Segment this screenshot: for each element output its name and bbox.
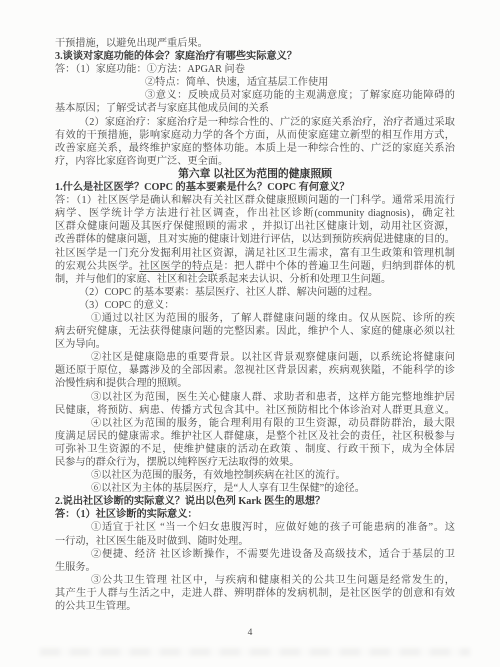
text-line: 的公共卫生管理。: [55, 600, 455, 613]
text-line: ③意义：反映成员对家庭功能的主观满意度；了解家庭功能障碍的: [55, 89, 455, 102]
text-line: 改善家庭关系，最终维护家庭的整体功能。本质上是一种综合性的、广泛的家庭关系治: [55, 142, 455, 155]
text-line: （2）家庭治疗：家庭治疗是一种综合性的、广泛的家庭关系治疗，治疗者通过采取: [55, 116, 455, 129]
text-line: 有效的干预措施，影响家庭动力学的各个方面，从而使家庭建立新型的相互作用方式，: [55, 129, 455, 142]
text-line: 生服务。: [55, 561, 455, 574]
text-line: 改善群体的健康问题，且对实施的健康计划进行评估，以达到预防疾病促进健康的目的。: [55, 233, 455, 246]
text-line: ②社区是健康隐患的重要背景。以社区背景观察健康问题，以系统论将健康问: [55, 351, 455, 364]
text-line: 区群众健康问题及其医疗保健照顾的需求 ，并拟订出社区健康计划，动用社区资源，: [55, 220, 455, 233]
text-line: 1.什么是社区医学？COPC 的基本要素是什么？COPC 有何意义？: [55, 181, 455, 194]
text-line: 2.说出社区诊断的实际意义？说出以色列 Kark 医生的思想？: [55, 495, 455, 508]
text-line: ③公共卫生管理 社区中，与疾病和健康相关的公共卫生问题是经常发生的，: [55, 574, 455, 587]
text-line: 区为导向。: [55, 338, 455, 351]
page-text: 干预措施，以避免出现严重后果。3.谈谈对家庭功能的体会？家庭治疗有哪些实际意义？…: [55, 37, 455, 613]
text-line: ⑤以社区为范围的服务，有效地控制疾病在社区的流行。: [55, 469, 455, 482]
text-line: （3）COPC 的意义：: [55, 299, 455, 312]
text-line: 民健康，将预防、病患、传播方式包含其中。社区预防相比个体诊治对人群更具意义。: [55, 404, 455, 417]
text-line: 社区医学是一门充分发掘利用社区资源，满足社区卫生需求，富有卫生政策和管理机制: [55, 247, 455, 260]
text-line: 民参与的群众行为，摆脱以纯粹医疗无法取得的效果。: [55, 456, 455, 469]
scan-artifact: [40, 648, 470, 656]
page-number: 4: [0, 628, 500, 638]
text-line: 其产生于人群与生活之中，走进人群、辨明群体的发病机制，是社区医学的创意和有效: [55, 587, 455, 600]
text-line: ⑥以社区为主体的基层医疗，是“人人享有卫生保健”的途径。: [55, 482, 455, 495]
text-line: （2）COPC 的基本要素：基层医疗、社区人群、解决问题的过程。: [55, 286, 455, 299]
text-line: 答：（1）社区医学是确认和解决有关社区群众健康照顾问题的一门科学。通常采用流行: [55, 194, 455, 207]
text-line: ①适宜于社区 “当一个妇女患腹泻时，应做好她的孩子可能患病的准备”。这: [55, 521, 455, 534]
text-line: 答：（1）家庭功能：①方法：APGAR 问卷: [55, 63, 455, 76]
text-line: ①通过以社区为范围的服务，了解人群健康问题的缘由。仅从医院、诊所的疾: [55, 312, 455, 325]
text-line: 题还原于原位，暴露涉及的全部因素。忽视社区背景因素，疾病观狭隘，不能科学的诊: [55, 364, 455, 377]
text-line: 答：（1）社区诊断的实际意义：: [55, 508, 455, 521]
text-line: ④以社区为范围的服务，能合理利用有限的卫生资源，动员群防群治，最大限: [55, 417, 455, 430]
text-line: 第六章 以社区为范围的健康照顾: [55, 168, 455, 181]
text-line: 治慢性病和提供合理的照顾。: [55, 377, 455, 390]
text-line: 基本原因；了解受试者与家庭其他成员间的关系: [55, 102, 455, 115]
text-line: 可弥补卫生资源的不足，使维护健康的活动在政策 、制度、行政干预下，成为全体居: [55, 443, 455, 456]
underlined-term: 社区医学的特点: [139, 261, 213, 272]
text-line: 3.谈谈对家庭功能的体会？家庭治疗有哪些实际意义？: [55, 50, 455, 63]
text-line: 病去研究健康，无法获得健康问题的完整因素。因此，维护个人、家庭的健康必须以社: [55, 325, 455, 338]
text-line: 一行动，社区医生能及时做到、随时处理。: [55, 535, 455, 548]
text-line: 疗，内容比家庭咨询更广泛、更全面。: [55, 155, 455, 168]
text-line: ③以社区为范围，医生关心健康人群、求助者和患者，这样方能完整地维护居: [55, 391, 455, 404]
text-line: 制，并与他们的家庭、社区和社会联系起来去认识、分析和处理卫生问题。: [55, 273, 455, 286]
text-line: ②特点：简单、快速，适宜基层工作使用: [55, 76, 455, 89]
text-line: 病学、医学统计学方法进行社区调查，作出社区诊断(community diagno…: [55, 207, 455, 220]
document-page: 干预措施，以避免出现严重后果。3.谈谈对家庭功能的体会？家庭治疗有哪些实际意义？…: [0, 0, 500, 667]
text-line: ②便捷、经济 社区诊断操作，不需要先进设备及高级技术，适合于基层的卫: [55, 548, 455, 561]
text-line: 的宏观公共医学。社区医学的特点是：把人群中个体的普遍卫生问题，归纳到群体的机: [55, 260, 455, 273]
text-line: 干预措施，以避免出现严重后果。: [55, 37, 455, 50]
text-line: 度满足居民的健康需求。维护社区人群健康，是整个社区及社会的责任，社区积极参与: [55, 430, 455, 443]
